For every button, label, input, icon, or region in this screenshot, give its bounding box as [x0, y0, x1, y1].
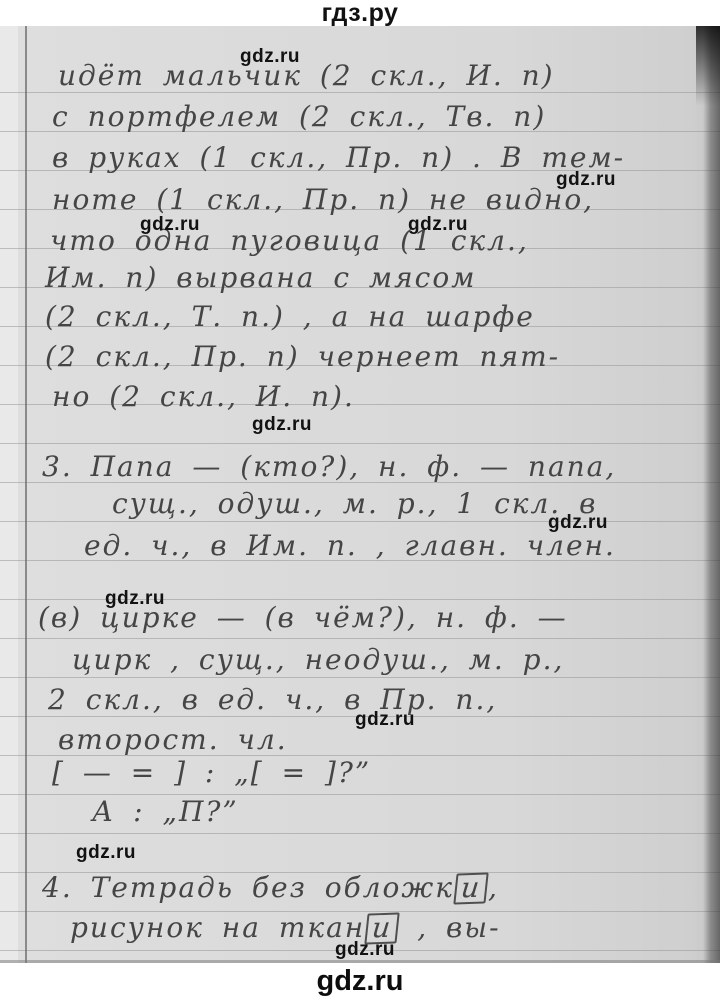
- gdz-watermark: gdz.ru: [105, 588, 165, 610]
- handwritten-line: (2 скл., Т. п.) , а на шарфе: [45, 297, 535, 337]
- site-footer-title: gdz.ru: [317, 965, 404, 997]
- line-text: рисунок на ткан: [70, 911, 365, 944]
- handwritten-line: 3. Папа — (кто?), н. ф. — папа,: [42, 447, 616, 487]
- gdz-watermark: gdz.ru: [548, 512, 608, 534]
- gdz-watermark: gdz.ru: [252, 414, 312, 436]
- handwritten-line: ноте (1 скл., Пр. п) не видно,: [52, 180, 594, 220]
- site-title: гдз.ру: [322, 0, 399, 27]
- handwritten-line: 2 скл., в ед. ч., в Пр. п.,: [48, 680, 497, 720]
- gdz-watermark: gdz.ru: [355, 709, 415, 731]
- gdz-watermark: gdz.ru: [240, 46, 300, 68]
- handwritten-line: А : „П?”: [92, 792, 239, 832]
- site-header: гдз.ру: [0, 0, 720, 26]
- handwritten-line: [ — = ] : „[ = ]?”: [52, 753, 371, 793]
- line-text: , вы-: [399, 911, 500, 944]
- gdz-watermark: gdz.ru: [76, 842, 136, 864]
- margin-line: [25, 26, 27, 963]
- page-corner-shadow: [696, 26, 720, 106]
- line-text: 4. Тетрадь без обложк: [42, 871, 454, 904]
- handwritten-line: 4. Тетрадь без обложки,: [42, 868, 499, 908]
- handwritten-line: сущ., одуш., м. р., 1 скл. в: [112, 484, 597, 524]
- handwritten-line: но (2 скл., И. п).: [52, 377, 355, 417]
- line-text: ,: [488, 871, 499, 904]
- handwritten-line: (2 скл., Пр. п) чернеет пят-: [45, 337, 560, 377]
- handwritten-line: ед. ч., в Им. п. , главн. член.: [84, 526, 616, 566]
- handwritten-line: цирк , сущ., неодуш., м. р.,: [72, 640, 564, 680]
- gdz-watermark: gdz.ru: [408, 214, 468, 236]
- page-edge-shadow: [703, 26, 720, 963]
- handwritten-line: с портфелем (2 скл., Тв. п): [52, 97, 546, 137]
- site-footer: gdz.ru: [0, 963, 720, 999]
- notebook-photo: идёт мальчик (2 скл., И. п) с портфелем …: [0, 26, 720, 963]
- handwritten-line: рисунок на ткани , вы-: [70, 908, 501, 948]
- gdz-watermark: gdz.ru: [335, 939, 395, 961]
- handwritten-line: в руках (1 скл., Пр. п) . В тем-: [52, 138, 625, 178]
- boxed-ending: и: [453, 872, 488, 904]
- handwritten-line: Им. п) вырвана с мясом: [45, 258, 476, 298]
- gdz-watermark: gdz.ru: [140, 214, 200, 236]
- handwritten-line: идёт мальчик (2 скл., И. п): [58, 56, 555, 96]
- gdz-watermark: gdz.ru: [556, 169, 616, 191]
